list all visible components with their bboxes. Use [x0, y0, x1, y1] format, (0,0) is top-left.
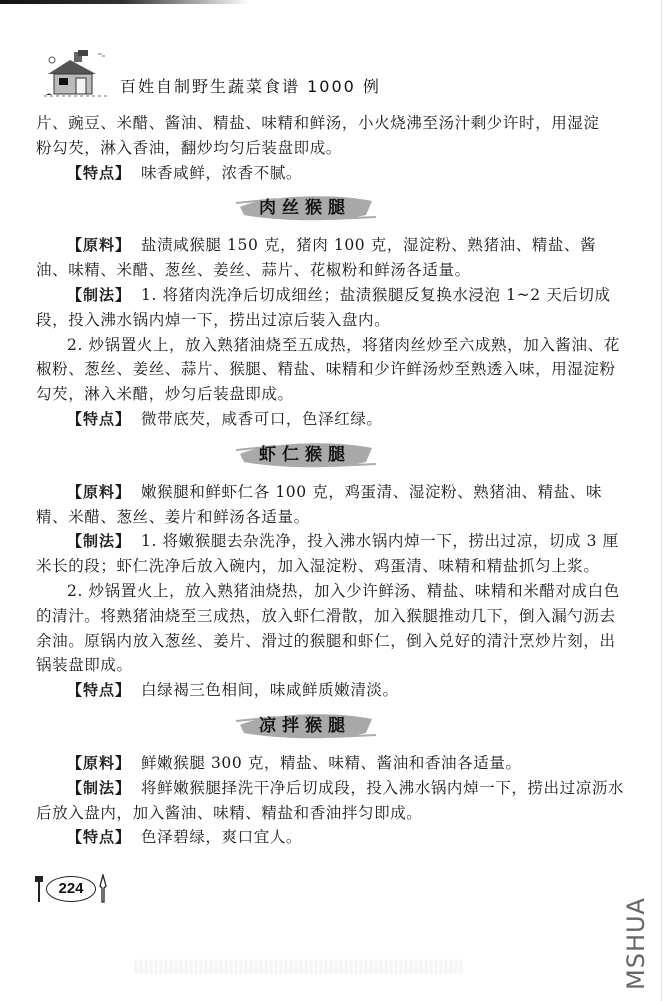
features: 【特点】微带底芡，咸香可口，色泽红绿。 — [36, 407, 626, 432]
running-header: 百姓自制野生蔬菜食谱 1000 例 — [44, 48, 444, 98]
ingredients-label: 【原料】 — [67, 236, 131, 254]
method-step: 【制法】1. 将嫩猴腿去杂洗净，投入沸水锅内焯一下，捞出过凉，切成 3 厘米长的… — [36, 529, 626, 579]
watermark: MSHUA — [622, 897, 650, 990]
house-icon — [44, 48, 110, 98]
ingredients: 【原料】鲜嫩猴腿 300 克，精盐、味精、酱油和香油各适量。 — [36, 751, 626, 776]
intro-line: 片、豌豆、米醋、酱油、精盐、味精和鲜汤，小火烧沸至汤汁剩少许时，用湿淀 — [36, 111, 626, 136]
method-label: 【制法】 — [67, 779, 131, 797]
ingredients-label: 【原料】 — [67, 754, 131, 772]
features: 【特点】色泽碧绿，爽口宜人。 — [36, 825, 626, 850]
page-body: 片、豌豆、米醋、酱油、精盐、味精和鲜汤，小火烧沸至汤汁剩少许时，用湿淀 粉勾芡，… — [36, 111, 626, 850]
features-label: 【特点】 — [67, 164, 131, 182]
ingredients: 【原料】盐渍咸猴腿 150 克，猪肉 100 克，湿淀粉、熟猪油、精盐、酱油、味… — [36, 233, 626, 283]
recipe-heading: 凉拌猴腿 — [36, 703, 626, 751]
features-label: 【特点】 — [67, 828, 131, 846]
intro-features: 【特点】味香咸鲜，浓香不腻。 — [36, 161, 626, 186]
page-edge — [661, 0, 662, 1001]
fork-icon — [34, 874, 44, 904]
ingredients-label: 【原料】 — [67, 483, 131, 501]
recipe-title: 虾仁猴腿 — [250, 443, 360, 468]
knife-icon — [98, 874, 108, 904]
recipe-title: 凉拌猴腿 — [250, 714, 360, 739]
recipe-heading: 虾仁猴腿 — [36, 432, 626, 480]
page-number-badge: 224 — [34, 874, 124, 904]
method-label: 【制法】 — [67, 286, 131, 304]
features-label: 【特点】 — [67, 681, 131, 699]
method-step: 2. 炒锅置火上，放入熟猪油烧热，加入少许鲜汤、精盐、味精和米醋对成白色的清汁。… — [36, 579, 626, 678]
method-step: 【制法】1. 将猪肉洗净后切成细丝；盐渍猴腿反复换水浸泡 1~2 天后切成段，投… — [36, 283, 626, 333]
plate-icon: 224 — [46, 876, 96, 902]
scan-edge-shadow — [0, 0, 250, 4]
method-label: 【制法】 — [67, 532, 131, 550]
recipe-title: 肉丝猴腿 — [250, 196, 360, 221]
method-step: 2. 炒锅置火上，放入熟猪油烧至五成热，将猪肉丝炒至六成熟，加入酱油、花椒粉、葱… — [36, 333, 626, 407]
intro-line: 粉勾芡，淋入香油，翻炒均匀后装盘即成。 — [36, 136, 626, 161]
ingredients: 【原料】嫩猴腿和鲜虾仁各 100 克，鸡蛋清、湿淀粉、熟猪油、精盐、味精、米醋、… — [36, 480, 626, 530]
recipe-heading: 肉丝猴腿 — [36, 185, 626, 233]
book-title: 百姓自制野生蔬菜食谱 1000 例 — [120, 74, 381, 97]
features: 【特点】白绿褐三色相间，味咸鲜质嫩清淡。 — [36, 678, 626, 703]
scan-artifact — [135, 960, 465, 974]
features-label: 【特点】 — [67, 410, 131, 428]
method-step: 【制法】将鲜嫩猴腿择洗干净后切成段，投入沸水锅内焯一下，捞出过凉沥水后放入盘内，… — [36, 776, 626, 826]
